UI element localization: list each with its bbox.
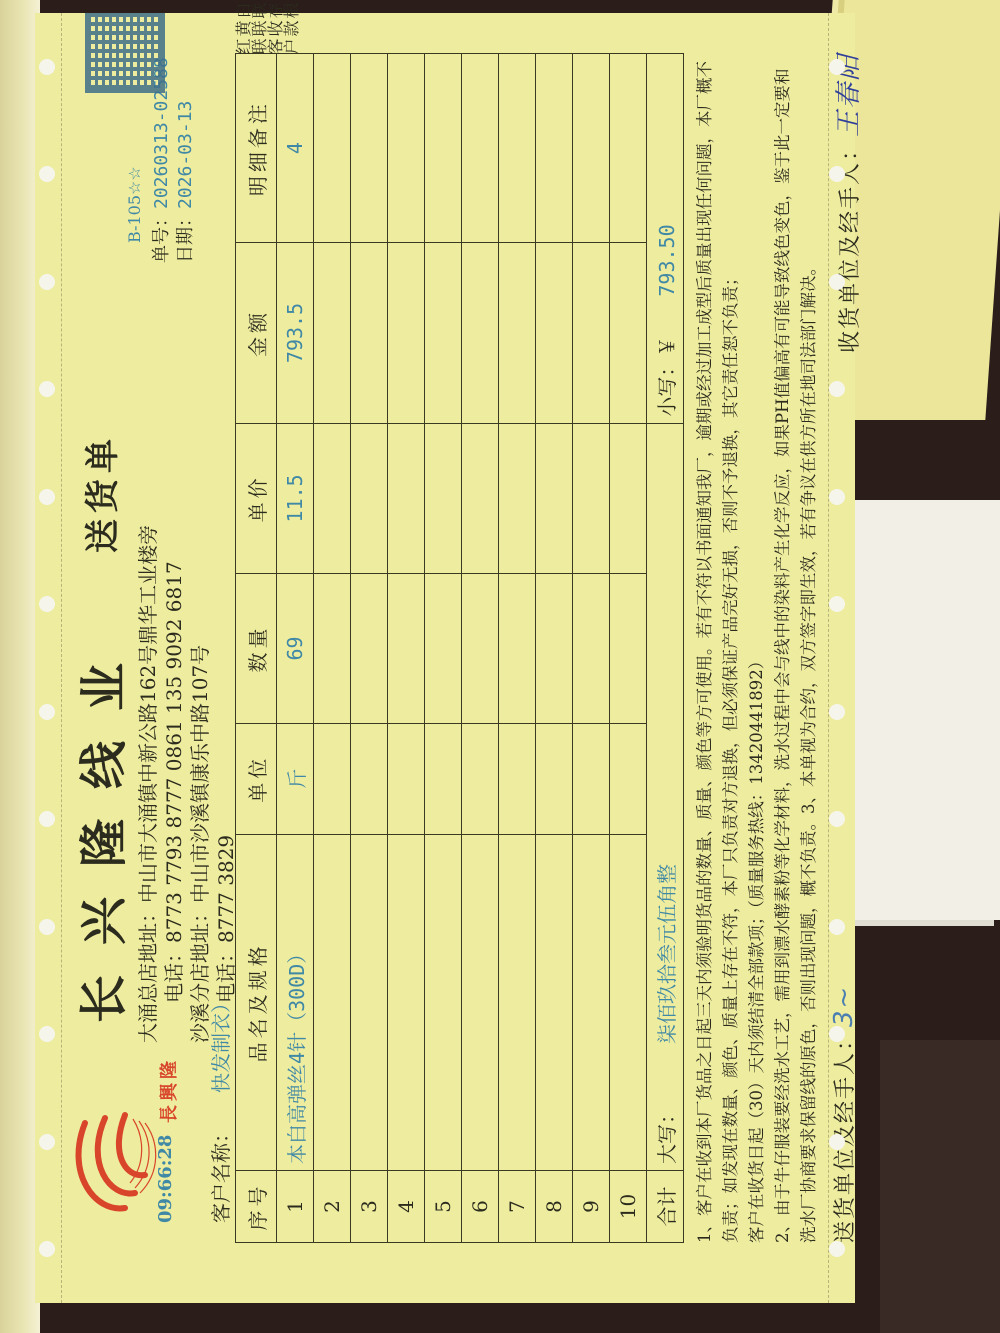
total-row: 合计 大写：柒佰玖拾叁元伍角整 小写：￥793.50 xyxy=(647,54,684,1243)
customer-name: 快发制衣） xyxy=(209,993,233,1093)
term-1: 1、客户在收到本厂货品之日起三天内须验明货品的数量、质量、颜色等方可使用。若有不… xyxy=(692,53,744,1243)
order-date: 2026-03-13 xyxy=(175,101,196,209)
table-row: 4 xyxy=(388,54,425,1243)
table-row: 2 xyxy=(314,54,351,1243)
copy-yellow: 黄联收款 xyxy=(235,21,299,39)
logo-name: 長興隆 xyxy=(155,1057,181,1123)
logo-code: 09:66:28 xyxy=(155,1135,176,1223)
total-label: 合计 xyxy=(647,1170,684,1242)
delivery-note: 09:66:28 長興隆 长兴隆线业 送货单 大涌总店地址：中山市大涌镇中新公路… xyxy=(35,13,855,1303)
uppercase-label: 大写： xyxy=(655,1104,679,1164)
address-block: 大涌总店地址：中山市大涌镇中新公路162号鼎华工业楼旁 电话：8773 7793… xyxy=(135,525,239,1043)
copy-white: 白联存根 xyxy=(235,3,299,21)
col-header-price: 单价 xyxy=(236,423,277,573)
order-date-line: 日期：2026-03-13 xyxy=(171,101,197,263)
hq-address: 中山市大涌镇中新公路162号鼎华工业楼旁 xyxy=(136,525,160,903)
table-header-row: 序号 品名及规格 单位 数量 单价 金额 明细备注 xyxy=(236,54,277,1243)
desk-surface xyxy=(880,1040,1000,1333)
serial-code: B-105☆☆ xyxy=(125,166,144,243)
feed-holes-bottom xyxy=(829,13,851,1303)
branch-address: 中山市沙溪镇康乐中路107号 xyxy=(188,645,212,903)
table-row: 10 xyxy=(610,54,647,1243)
col-header-amount: 金额 xyxy=(236,243,277,423)
lowercase-value: 793.50 xyxy=(655,224,679,296)
total-uppercase-cell: 大写：柒佰玖拾叁元伍角整 xyxy=(647,423,684,1170)
order-number-label: 单号： xyxy=(151,209,172,263)
order-date-label: 日期： xyxy=(175,209,196,263)
col-header-unit: 单位 xyxy=(236,723,277,834)
perforation-line xyxy=(61,13,62,1303)
table-row: 7 xyxy=(499,54,536,1243)
table-row: 3 xyxy=(351,54,388,1243)
items-table: 序号 品名及规格 单位 数量 单价 金额 明细备注 1本白高弹丝4针（300D）… xyxy=(235,53,684,1243)
table-row: 8 xyxy=(536,54,573,1243)
copy-red: 红联客户 xyxy=(235,39,299,57)
customer-line: 客户名称：快发制衣） xyxy=(205,993,234,1223)
header: 09:66:28 長興隆 长兴隆线业 送货单 大涌总店地址：中山市大涌镇中新公路… xyxy=(65,53,235,1243)
copy-labels: 白联存根 黄联收款 红联客户 xyxy=(235,3,389,33)
branch-phone: 8777 3829 xyxy=(214,835,238,943)
qr-code-icon xyxy=(85,13,165,93)
uppercase-value: 柒佰玖拾叁元伍角整 xyxy=(655,864,679,1044)
table-row: 6 xyxy=(462,54,499,1243)
lowercase-label: 小写：￥ xyxy=(655,337,679,417)
col-header-no: 序号 xyxy=(236,1170,277,1242)
col-header-note: 明细备注 xyxy=(236,54,277,243)
customer-label: 客户名称： xyxy=(209,1123,233,1223)
feed-holes-top xyxy=(39,13,61,1303)
term-payment: 客户在收货日起（30）天内须结清全部款项；（质量服务热线：13420441892… xyxy=(744,53,770,1243)
hq-address-label: 大涌总店地址： xyxy=(136,903,160,1043)
term-2-3: 2、由于牛仔服装要经洗水工艺，需用到漂水酵素粉等化学材料，洗水过程中会与线中的染… xyxy=(770,53,822,1243)
company-name: 长兴隆线业 xyxy=(65,633,134,1023)
table-row: 9 xyxy=(573,54,610,1243)
table-row: 5 xyxy=(425,54,462,1243)
table-row: 1本白高弹丝4针（300D）斤6911.5793.54 xyxy=(277,54,314,1243)
paper-stack-right-middle xyxy=(850,500,1000,920)
document-title: 送货单 xyxy=(75,433,124,553)
paper-stack-left xyxy=(0,0,40,1333)
col-header-qty: 数量 xyxy=(236,574,277,724)
hq-phone-label: 电话： xyxy=(162,943,186,1003)
col-header-name: 品名及规格 xyxy=(236,834,277,1170)
total-lowercase-cell: 小写：￥793.50 xyxy=(647,54,684,424)
terms-block: 1、客户在收到本厂货品之日起三天内须验明货品的数量、质量、颜色等方可使用。若有不… xyxy=(692,53,822,1243)
hq-phone: 8773 7793 8777 0861 135 9092 6817 xyxy=(162,561,186,943)
